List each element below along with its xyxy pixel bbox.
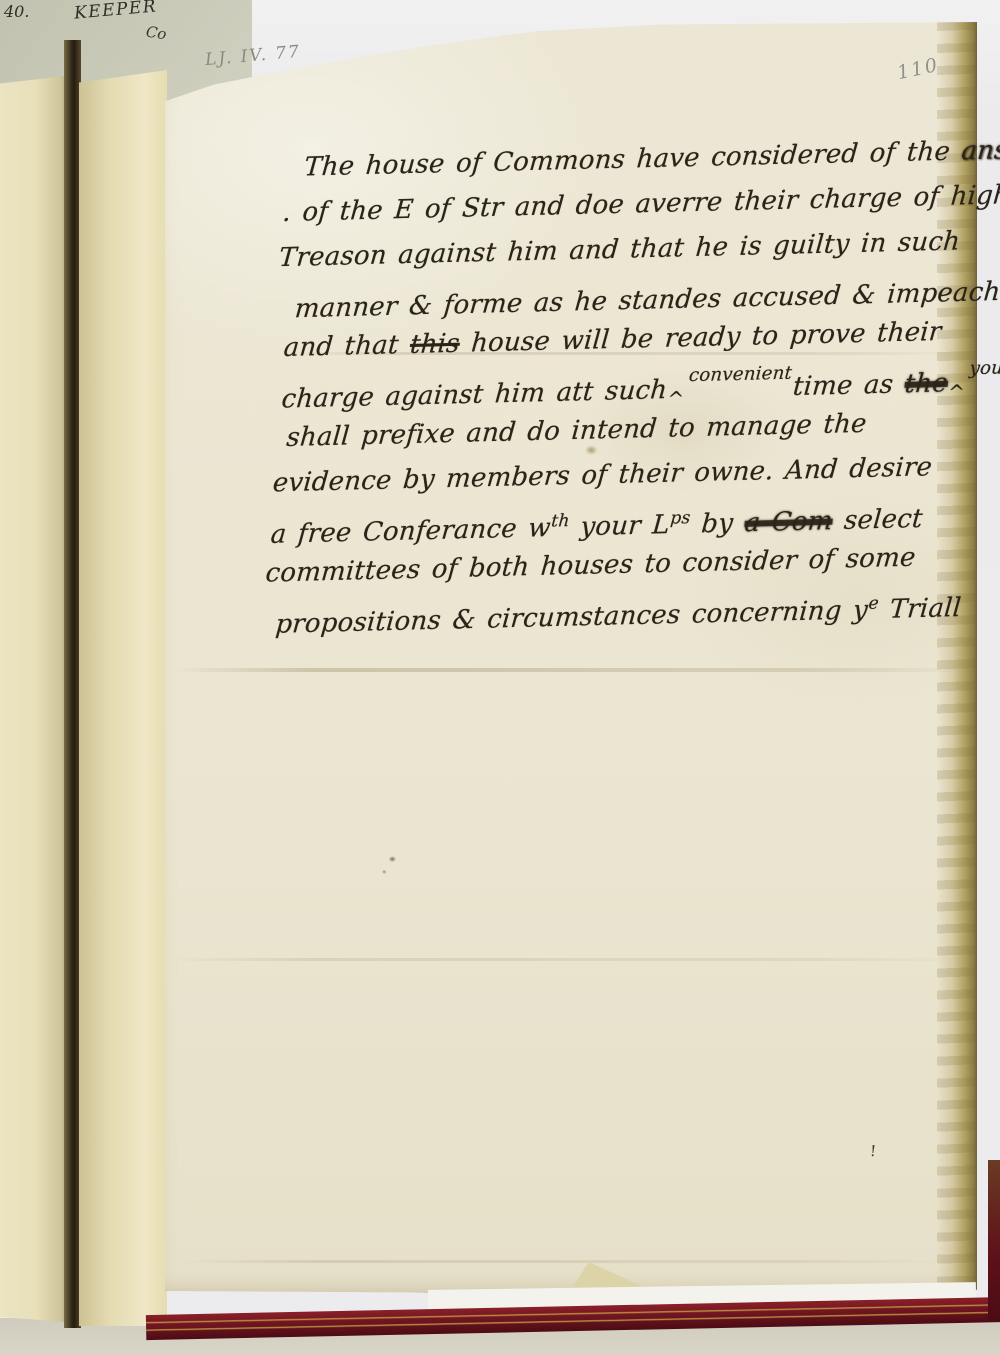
- manuscript-segment: your: [968, 346, 1000, 392]
- manuscript-segment: a free Conferance w: [270, 513, 552, 550]
- manuscript-segment: convenient: [687, 351, 794, 399]
- manuscript-segment: a Com: [743, 506, 833, 538]
- manuscript-segment: evidence by members of their owne. And d…: [272, 452, 934, 498]
- fold-crease: [175, 1260, 955, 1263]
- manuscript-segment: The house of Commons have considered of …: [303, 136, 963, 182]
- manuscript-segment: Triall: [877, 593, 962, 625]
- left-leaf-inner: [79, 70, 167, 1326]
- manuscript-segment: committees of both houses to consider of…: [264, 543, 916, 589]
- manuscript-segment: time as: [792, 369, 906, 402]
- manuscript-segment: select: [831, 504, 924, 536]
- fold-crease: [167, 958, 969, 961]
- manuscript-segment: ps: [669, 508, 691, 529]
- adjacent-page-keeper-label: KEEPER: [73, 0, 158, 24]
- adjacent-page-partial-text: Co: [145, 23, 168, 44]
- left-leaf-outer: [0, 76, 66, 1322]
- gutter-shadow: [64, 40, 81, 1328]
- fold-crease: [171, 668, 971, 672]
- manuscript-segment: by: [689, 508, 746, 539]
- manuscript-segment: this: [409, 329, 461, 360]
- manuscript-segment: the: [904, 368, 950, 399]
- manuscript-segment: th: [550, 511, 570, 531]
- manuscript-segment: answeare: [960, 133, 1000, 166]
- manuscript-text-block: The house of Commons have considered of …: [248, 129, 978, 642]
- manuscript-segment: shall prefixe and do intend to manage th…: [285, 409, 868, 453]
- manuscript-photo: 40. KEEPER Co LJ. IV. 77 110 ! The house…: [0, 0, 1000, 1355]
- manuscript-segment: your L: [568, 510, 671, 543]
- manuscript-segment: and that: [283, 330, 412, 363]
- adjacent-page-number: 40.: [4, 2, 29, 21]
- binding-right-edge: [988, 1160, 1000, 1320]
